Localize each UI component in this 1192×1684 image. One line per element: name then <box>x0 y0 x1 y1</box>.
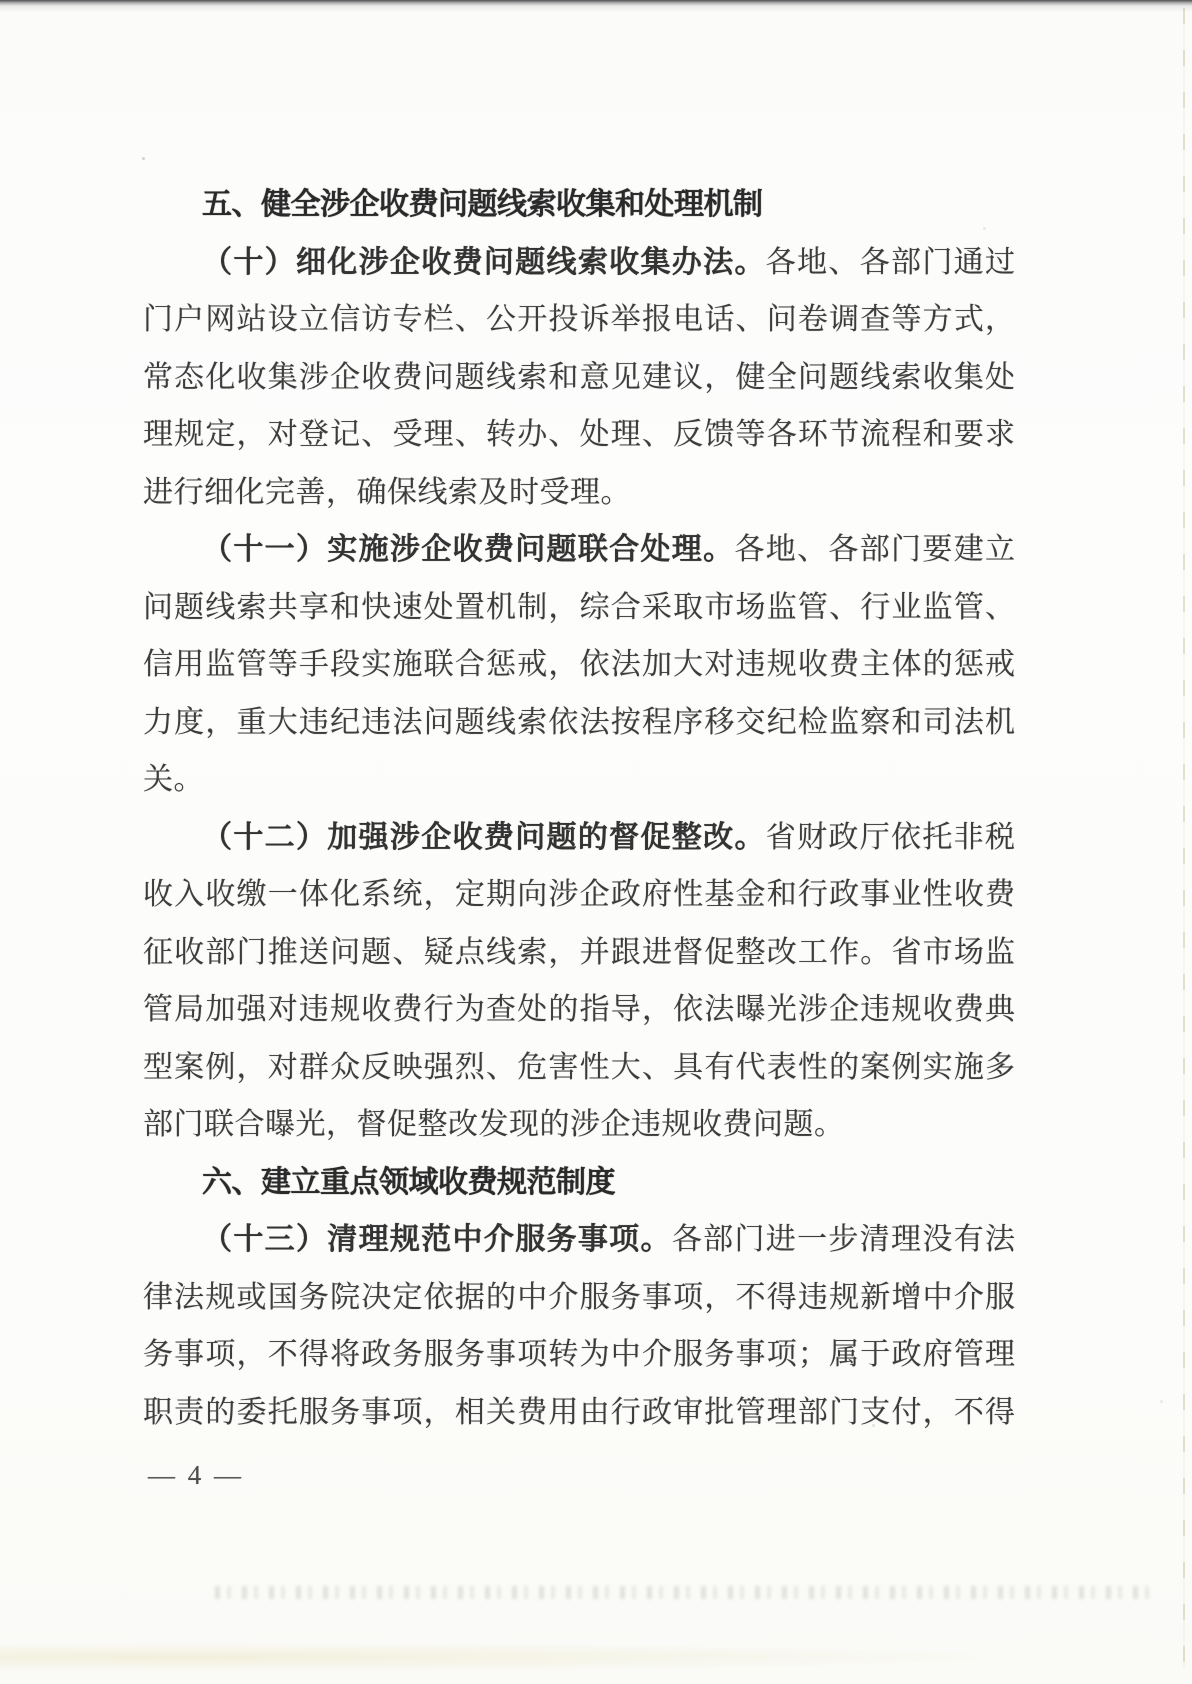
text-line: （十二）加强涉企收费问题的督促整改。省财政厅依托非税 <box>143 809 1015 867</box>
section-heading: 六、建立重点领域收费规范制度 <box>143 1154 1015 1212</box>
text-line: 问题线索共享和快速处置机制，综合采取市场监管、行业监管、 <box>143 579 1015 637</box>
text-line: 务事项，不得将政务服务事项转为中介服务事项；属于政府管理 <box>143 1326 1015 1384</box>
line-text: 进行细化完善，确保线索及时受理。 <box>143 476 631 509</box>
text-line: 型案例，对群众反映强烈、危害性大、具有代表性的案例实施多 <box>143 1039 1015 1097</box>
line-text: 关。 <box>143 763 204 796</box>
line-text: 收入收缴一体化系统，定期向涉企政府性基金和行政事业性收费 <box>143 878 1015 911</box>
line-text: 六、建立重点领域收费规范制度 <box>202 1166 615 1199</box>
text-line: 门户网站设立信访专栏、公开投诉举报电话、问卷调查等方式， <box>143 291 1015 349</box>
paragraph-lead: （十三）清理规范中介服务事项。 <box>202 1223 672 1256</box>
paragraph-lead: （十一）实施涉企收费问题联合处理。 <box>202 533 734 566</box>
line-text: 问题线索共享和快速处置机制，综合采取市场监管、行业监管、 <box>143 591 1015 624</box>
paragraph-lead: （十二）加强涉企收费问题的督促整改。 <box>202 821 766 854</box>
line-text: 常态化收集涉企收费问题线索和意见建议，健全问题线索收集处 <box>143 361 1015 394</box>
section-heading: 五、健全涉企收费问题线索收集和处理机制 <box>143 176 1015 234</box>
paper-smudge <box>0 1642 1050 1672</box>
line-text: 理规定，对登记、受理、转办、处理、反馈等各环节流程和要求 <box>143 418 1015 451</box>
text-line: 关。 <box>143 751 1015 809</box>
line-text: 五、健全涉企收费问题线索收集和处理机制 <box>202 188 763 221</box>
line-text: 信用监管等手段实施联合惩戒，依法加大对违规收费主体的惩戒 <box>143 648 1015 681</box>
reverse-side-bleed-through <box>215 1586 1160 1599</box>
line-text: 门户网站设立信访专栏、公开投诉举报电话、问卷调查等方式， <box>143 303 1015 336</box>
line-text: 各地、各部门通过 <box>766 246 1015 279</box>
paragraph-lead: （十）细化涉企收费问题线索收集办法。 <box>202 246 766 279</box>
text-line: 律法规或国务院决定依据的中介服务事项，不得违规新增中介服 <box>143 1269 1015 1327</box>
line-text: 务事项，不得将政务服务事项转为中介服务事项；属于政府管理 <box>143 1338 1015 1371</box>
scan-speck <box>1160 1400 1163 1403</box>
text-line: 管局加强对违规收费行为查处的指导，依法曝光涉企违规收费典 <box>143 981 1015 1039</box>
text-line: 信用监管等手段实施联合惩戒，依法加大对违规收费主体的惩戒 <box>143 636 1015 694</box>
text-line: 职责的委托服务事项，相关费用由行政审批管理部门支付，不得 <box>143 1384 1015 1442</box>
line-text: 型案例，对群众反映强烈、危害性大、具有代表性的案例实施多 <box>143 1051 1015 1084</box>
text-line: 征收部门推送问题、疑点线索，并跟进督促整改工作。省市场监 <box>143 924 1015 982</box>
document-body: 五、健全涉企收费问题线索收集和处理机制（十）细化涉企收费问题线索收集办法。各地、… <box>143 176 1015 1441</box>
line-text: 管局加强对违规收费行为查处的指导，依法曝光涉企违规收费典 <box>143 993 1015 1026</box>
text-line: 常态化收集涉企收费问题线索和意见建议，健全问题线索收集处 <box>143 349 1015 407</box>
text-line: 进行细化完善，确保线索及时受理。 <box>143 464 1015 522</box>
line-text: 各地、各部门要建立 <box>734 533 1015 566</box>
line-text: 征收部门推送问题、疑点线索，并跟进督促整改工作。省市场监 <box>143 936 1015 969</box>
scanned-document-page: 五、健全涉企收费问题线索收集和处理机制（十）细化涉企收费问题线索收集办法。各地、… <box>0 0 1192 1684</box>
text-line: 力度，重大违纪违法问题线索依法按程序移交纪检监察和司法机 <box>143 694 1015 752</box>
text-line: 理规定，对登记、受理、转办、处理、反馈等各环节流程和要求 <box>143 406 1015 464</box>
line-text: 部门联合曝光，督促整改发现的涉企违规收费问题。 <box>143 1108 845 1141</box>
text-line: 收入收缴一体化系统，定期向涉企政府性基金和行政事业性收费 <box>143 866 1015 924</box>
text-line: （十）细化涉企收费问题线索收集办法。各地、各部门通过 <box>143 234 1015 292</box>
scan-speck <box>142 157 145 160</box>
line-text: 力度，重大违纪违法问题线索依法按程序移交纪检监察和司法机 <box>143 706 1015 739</box>
page-number: — 4 — <box>148 1460 244 1491</box>
scan-right-edge-artifact <box>1183 8 1185 1668</box>
line-text: 省财政厅依托非税 <box>766 821 1015 854</box>
line-text: 律法规或国务院决定依据的中介服务事项，不得违规新增中介服 <box>143 1281 1015 1314</box>
text-line: 部门联合曝光，督促整改发现的涉企违规收费问题。 <box>143 1096 1015 1154</box>
text-line: （十一）实施涉企收费问题联合处理。各地、各部门要建立 <box>143 521 1015 579</box>
line-text: 各部门进一步清理没有法 <box>672 1223 1015 1256</box>
scan-top-edge-artifact <box>0 0 1192 12</box>
line-text: 职责的委托服务事项，相关费用由行政审批管理部门支付，不得 <box>143 1396 1015 1429</box>
text-line: （十三）清理规范中介服务事项。各部门进一步清理没有法 <box>143 1211 1015 1269</box>
